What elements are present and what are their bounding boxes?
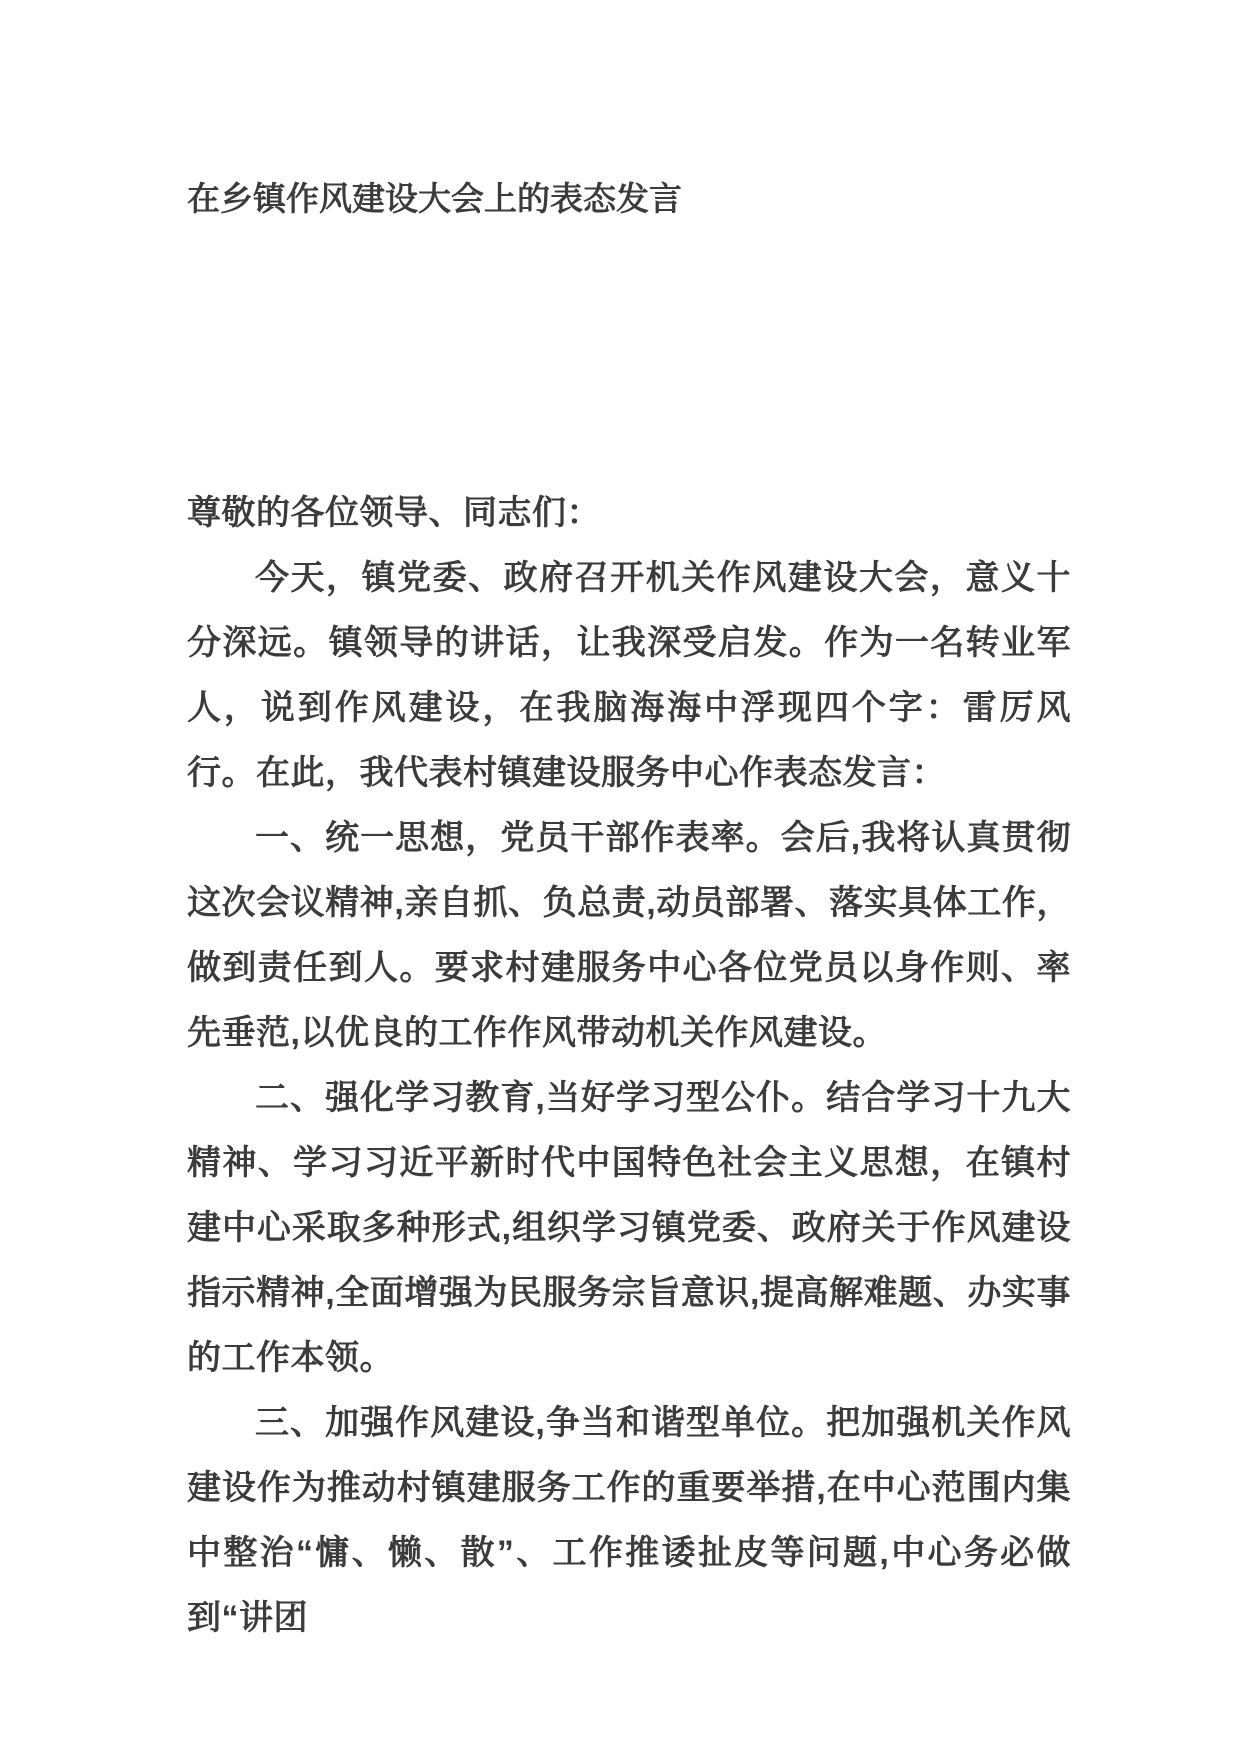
paragraph-2: 今天，镇党委、政府召开机关作风建设大会，意义十分深远。镇领导的讲话，让我深受启发… [187, 546, 1071, 806]
document-body: 尊敬的各位领导、同志们：今天，镇党委、政府召开机关作风建设大会，意义十分深远。镇… [187, 481, 1071, 1651]
paragraph-4: 二、强化学习教育,当好学习型公仆。结合学习十九大精神、学习习近平新时代中国特色社… [187, 1066, 1071, 1391]
paragraph-1: 尊敬的各位领导、同志们： [187, 481, 1071, 546]
document-page: 在乡镇作风建设大会上的表态发言 尊敬的各位领导、同志们：今天，镇党委、政府召开机… [0, 0, 1241, 1755]
document-content: 在乡镇作风建设大会上的表态发言 尊敬的各位领导、同志们：今天，镇党委、政府召开机… [187, 166, 1071, 1651]
document-title: 在乡镇作风建设大会上的表态发言 [187, 166, 1071, 231]
paragraph-3: 一、统一思想，党员干部作表率。会后,我将认真贯彻这次会议精神,亲自抓、负总责,动… [187, 806, 1071, 1066]
paragraph-5: 三、加强作风建设,争当和谐型单位。把加强机关作风建设作为推动村镇建服务工作的重要… [187, 1391, 1071, 1651]
